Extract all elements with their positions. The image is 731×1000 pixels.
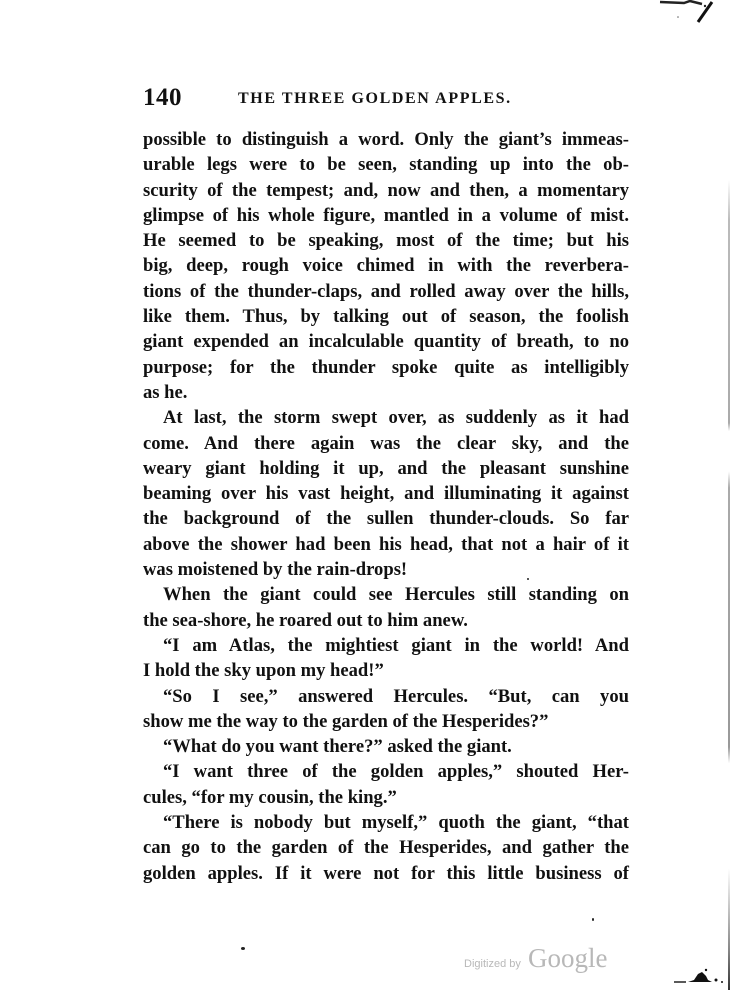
ink-speck [527, 578, 529, 580]
text-line: “What do you want there?” asked the gian… [143, 734, 629, 759]
text-line: When the giant could see Hercules still … [143, 582, 629, 607]
text-line: “There is nobody but myself,” quoth the … [143, 810, 629, 835]
text-line: glimpse of his whole figure, mantled in … [143, 203, 629, 228]
text-line: “So I see,” answered Hercules. “But, can… [143, 684, 629, 709]
watermark-prefix: Digitized by [464, 958, 521, 970]
text-line: He seemed to be speaking, most of the ti… [143, 228, 629, 253]
text-line: giant expended an incalculable quantity … [143, 329, 629, 354]
text-line: show me the way to the garden of the Hes… [143, 709, 629, 734]
text-line: the background of the sullen thunder-clo… [143, 506, 629, 531]
running-title: THE THREE GOLDEN APPLES. [238, 90, 512, 108]
text-line: beaming over his vast height, and illumi… [143, 481, 629, 506]
book-page: 140 THE THREE GOLDEN APPLES. possible to… [0, 0, 731, 1000]
text-line: big, deep, rough voice chimed in with th… [143, 253, 629, 278]
watermark-brand: Google [528, 943, 607, 973]
text-line: the sea-shore, he roared out to him anew… [143, 608, 629, 633]
text-line: as he. [143, 380, 629, 405]
text-line: can go to the garden of the Hesperides, … [143, 835, 629, 860]
text-line: “I am Atlas, the mightiest giant in the … [143, 633, 629, 658]
body-text: possible to distinguish a word. Only the… [143, 127, 629, 886]
text-line: purpose; for the thunder spoke quite as … [143, 355, 629, 380]
text-line: possible to distinguish a word. Only the… [143, 127, 629, 152]
text-line: scurity of the tempest; and, now and the… [143, 178, 629, 203]
ink-speck [241, 947, 245, 950]
ink-speck [592, 918, 594, 921]
text-line: golden apples. If it were not for this l… [143, 861, 629, 886]
text-line: I hold the sky upon my head!” [143, 658, 629, 683]
text-line: cules, “for my cousin, the king.” [143, 785, 629, 810]
text-line: urable legs were to be seen, standing up… [143, 152, 629, 177]
text-line: come. And there again was the clear sky,… [143, 431, 629, 456]
text-line: was moistened by the rain-drops! [143, 557, 629, 582]
text-line: above the shower had been his head, that… [143, 532, 629, 557]
running-head: 140 THE THREE GOLDEN APPLES. [143, 84, 628, 114]
digitized-by-google-watermark: Digitized by Google [464, 943, 607, 973]
text-line: weary giant holding it up, and the pleas… [143, 456, 629, 481]
page-number: 140 [143, 84, 182, 112]
ink-blot-artifact [672, 968, 728, 988]
text-line: tions of the thunder-claps, and rolled a… [143, 279, 629, 304]
text-line: At last, the storm swept over, as sudden… [143, 405, 629, 430]
scan-artifact-mark [650, 0, 730, 24]
scan-edge-shadow [728, 180, 730, 990]
text-line: “I want three of the golden apples,” sho… [143, 759, 629, 784]
text-line: like them. Thus, by talking out of seaso… [143, 304, 629, 329]
